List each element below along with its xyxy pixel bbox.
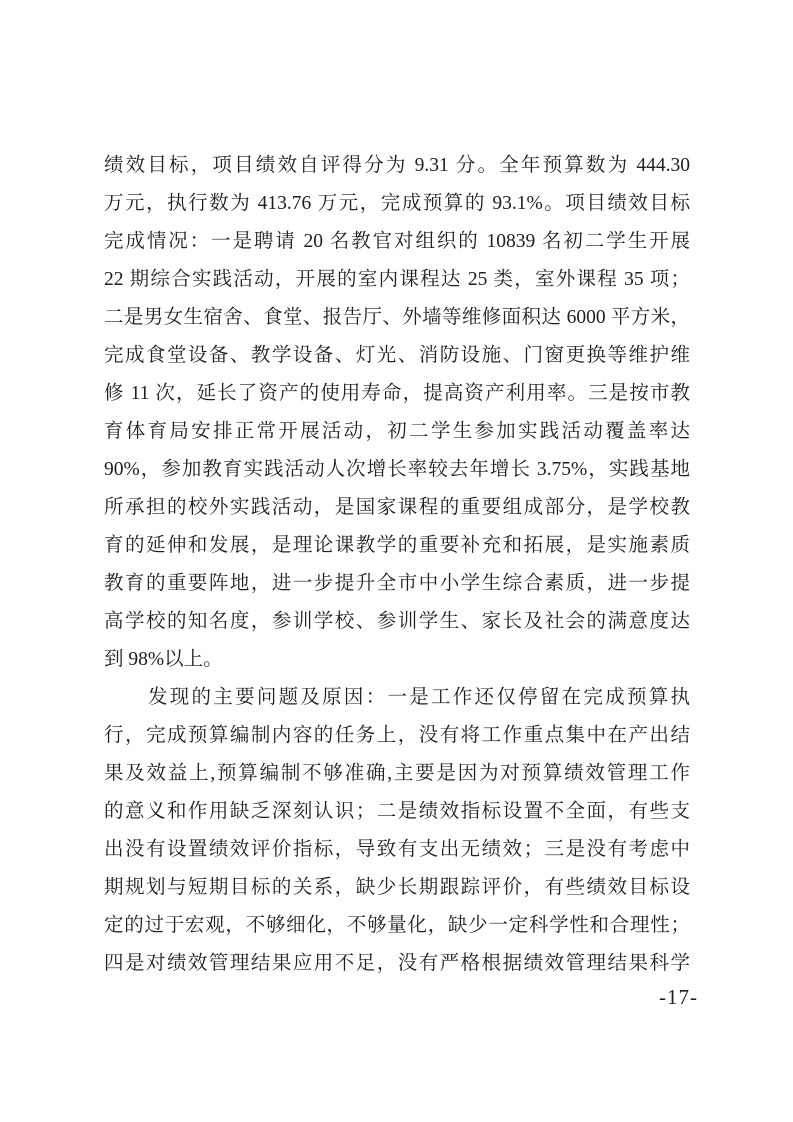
text-line: 绩效目标，项目绩效自评得分为 9.31 分。全年预算数为 444.30 bbox=[104, 147, 690, 185]
paragraph: 发现的主要问题及原因：一是工作还仅停留在完成预算执行，完成预算编制内容的任务上，… bbox=[104, 679, 690, 983]
text-line: 育体育局安排正常开展活动，初二学生参加实践活动覆盖率达 bbox=[104, 413, 690, 451]
text-line: 定的过于宏观，不够细化，不够量化，缺少一定科学性和合理性； bbox=[104, 907, 690, 945]
text-line: 22 期综合实践活动，开展的室内课程达 25 类，室外课程 35 项； bbox=[104, 261, 690, 299]
text-line: 教育的重要阵地，进一步提升全市中小学生综合素质，进一步提 bbox=[104, 565, 690, 603]
text-line: 四是对绩效管理结果应用不足，没有严格根据绩效管理结果科学 bbox=[104, 945, 690, 983]
text-line: 育的延伸和发展，是理论课教学的重要补充和拓展，是实施素质 bbox=[104, 527, 690, 565]
text-line: 修 11 次，延长了资产的使用寿命，提高资产利用率。三是按市教 bbox=[104, 375, 690, 413]
text-line: 二是男女生宿舍、食堂、报告厅、外墙等维修面积达 6000 平方米， bbox=[104, 299, 690, 337]
text-line: 完成食堂设备、教学设备、灯光、消防设施、门窗更换等维护维 bbox=[104, 337, 690, 375]
text-line: 的意义和作用缺乏深刻认识；二是绩效指标设置不全面，有些支 bbox=[104, 793, 690, 831]
text-line: 到 98%以上。 bbox=[104, 641, 690, 679]
text-line: 高学校的知名度，参训学校、参训学生、家长及社会的满意度达 bbox=[104, 603, 690, 641]
text-line: 所承担的校外实践活动，是国家课程的重要组成部分，是学校教 bbox=[104, 489, 690, 527]
text-line: 果及效益上,预算编制不够准确,主要是因为对预算绩效管理工作 bbox=[104, 755, 690, 793]
text-line: 行，完成预算编制内容的任务上，没有将工作重点集中在产出结 bbox=[104, 717, 690, 755]
text-line: 完成情况：一是聘请 20 名教官对组织的 10839 名初二学生开展 bbox=[104, 223, 690, 261]
text-line: 出没有设置绩效评价指标，导致有支出无绩效；三是没有考虑中 bbox=[104, 831, 690, 869]
document-body: 绩效目标，项目绩效自评得分为 9.31 分。全年预算数为 444.30万元，执行… bbox=[104, 147, 690, 983]
text-line: 期规划与短期目标的关系，缺少长期跟踪评价，有些绩效目标设 bbox=[104, 869, 690, 907]
text-line: 90%，参加教育实践活动人次增长率较去年增长 3.75%，实践基地 bbox=[104, 451, 690, 489]
text-line: 发现的主要问题及原因：一是工作还仅停留在完成预算执 bbox=[104, 679, 690, 717]
page-number: -17- bbox=[659, 983, 698, 1011]
document-page: 绩效目标，项目绩效自评得分为 9.31 分。全年预算数为 444.30万元，执行… bbox=[0, 0, 793, 1122]
paragraph: 绩效目标，项目绩效自评得分为 9.31 分。全年预算数为 444.30万元，执行… bbox=[104, 147, 690, 679]
text-line: 万元，执行数为 413.76 万元，完成预算的 93.1%。项目绩效目标 bbox=[104, 185, 690, 223]
